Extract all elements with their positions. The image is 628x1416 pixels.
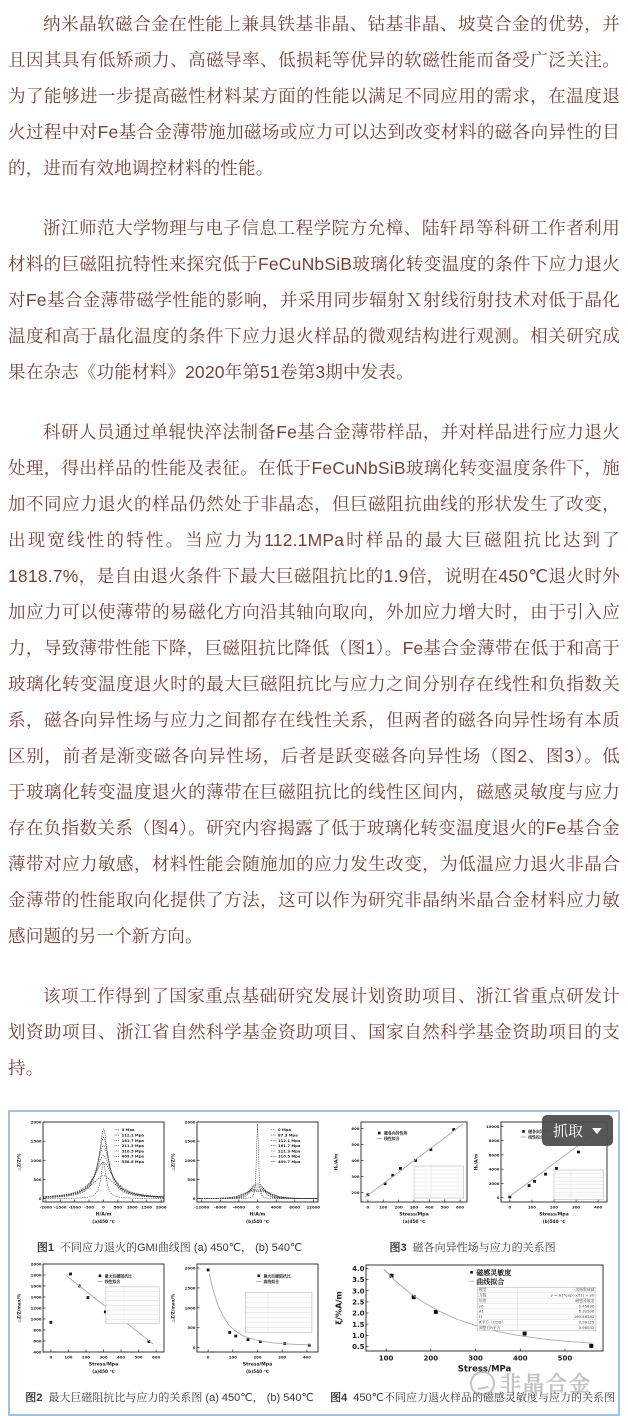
svg-text:2000: 2000 bbox=[488, 1181, 499, 1186]
svg-text:2000: 2000 bbox=[30, 1261, 41, 1266]
svg-text:400: 400 bbox=[117, 1355, 125, 1360]
svg-text:-1500: -1500 bbox=[54, 1205, 67, 1210]
chart-fig2a-maxgmi-450: 0100200300400500600400600800100012001400… bbox=[17, 1259, 169, 1390]
figure-3-caption: 图3磁各向异性场与应力的关系图 bbox=[330, 1241, 615, 1255]
svg-text:0.99125: 0.99125 bbox=[578, 1319, 594, 1324]
paragraph-research-team: 浙江师范大学物理与电子信息工程学院方允樟、陆轩昂等科研工作者利用材料的巨磁阻抗特… bbox=[8, 210, 620, 390]
figure-4-caption-label: 图4 bbox=[330, 1392, 347, 1404]
caret-down-icon bbox=[592, 1128, 602, 1134]
chart-fig1b-gmi-540: -12000-8000-4000040008000120000500100015… bbox=[171, 1117, 323, 1240]
chart-fig3a-hk-450: 0100200300400500600200300400500600Stress… bbox=[334, 1117, 472, 1240]
svg-text:-12000: -12000 bbox=[194, 1205, 209, 1210]
svg-text:4000: 4000 bbox=[270, 1205, 281, 1210]
svg-text:曲线拟合: 曲线拟合 bbox=[476, 1277, 504, 1286]
figure-3-caption-label: 图3 bbox=[390, 1242, 407, 1254]
svg-text:△Z/Z/max/%: △Z/Z/max/% bbox=[171, 1293, 177, 1322]
svg-text:一次指数衰减: 一次指数衰减 bbox=[571, 1287, 594, 1292]
svg-text:600: 600 bbox=[456, 1205, 464, 1210]
svg-text:310.5 Mpa: 310.5 Mpa bbox=[121, 1148, 144, 1153]
svg-text:最大巨磁阻抗比: 最大巨磁阻抗比 bbox=[262, 1273, 290, 1278]
svg-text:y0: y0 bbox=[478, 1303, 483, 1308]
svg-text:1500: 1500 bbox=[30, 1139, 41, 1144]
svg-text:曲线拟合: 曲线拟合 bbox=[263, 1279, 279, 1284]
chart-fig2b-maxgmi-540: 01002003004000500100015002000Stress/Mpa(… bbox=[171, 1259, 323, 1390]
svg-text:500: 500 bbox=[33, 1177, 41, 1182]
figure-2-caption: 图2最大巨磁阻抗比与应力的关系图 (a) 450℃， (b) 540℃ bbox=[13, 1391, 326, 1405]
svg-text:1600: 1600 bbox=[30, 1283, 41, 1288]
article-page: 纳米晶软磁合金在性能上兼具铁基非晶、钴基非晶、坡莫合金的优势，并且因其具有低矫顽… bbox=[0, 0, 628, 1416]
svg-text:300: 300 bbox=[99, 1355, 107, 1360]
svg-text:200: 200 bbox=[253, 1355, 261, 1360]
figure-4-caption: 图4450℃不同应力退火样品的磁感灵敏度与应力的关系图 bbox=[330, 1391, 615, 1405]
svg-text:-500: -500 bbox=[84, 1205, 94, 1210]
svg-text:2.0: 2.0 bbox=[352, 1310, 365, 1318]
svg-text:0: 0 bbox=[38, 1196, 41, 1201]
svg-text:211.3 Mpa: 211.3 Mpa bbox=[121, 1143, 144, 1148]
svg-text:(b)540 ℃: (b)540 ℃ bbox=[246, 1369, 269, 1375]
svg-text:12000: 12000 bbox=[306, 1205, 320, 1210]
svg-text:y = A1*exp(-x/t1) + y0: y = A1*exp(-x/t1) + y0 bbox=[550, 1293, 594, 1298]
svg-text:200: 200 bbox=[351, 1190, 359, 1195]
svg-text:磁感灵敏度: 磁感灵敏度 bbox=[476, 1268, 511, 1277]
figure-4-caption-text: 450℃不同应力退火样品的磁感灵敏度与应力的关系图 bbox=[353, 1392, 615, 1404]
svg-text:1000: 1000 bbox=[126, 1205, 137, 1210]
svg-text:310.5 Mpa: 310.5 Mpa bbox=[278, 1154, 301, 1159]
svg-text:0: 0 bbox=[206, 1355, 209, 1360]
svg-text:100: 100 bbox=[64, 1355, 72, 1360]
svg-text:500: 500 bbox=[440, 1205, 448, 1210]
svg-text:1.5: 1.5 bbox=[352, 1321, 365, 1329]
svg-text:300: 300 bbox=[410, 1205, 418, 1210]
svg-text:112.1 Mpa: 112.1 Mpa bbox=[278, 1138, 301, 1143]
svg-text:1400: 1400 bbox=[30, 1294, 41, 1299]
svg-text:(b)540 ℃: (b)540 ℃ bbox=[542, 1219, 565, 1225]
svg-text:0.98542: 0.98542 bbox=[578, 1325, 594, 1330]
svg-text:最大巨磁阻抗比: 最大巨磁阻抗比 bbox=[103, 1273, 131, 1278]
svg-text:Hₖ/A/m: Hₖ/A/m bbox=[474, 1153, 480, 1170]
svg-text:6000: 6000 bbox=[488, 1152, 499, 1157]
svg-text:1500: 1500 bbox=[184, 1139, 195, 1144]
svg-text:1000: 1000 bbox=[30, 1316, 41, 1321]
svg-text:Stress/Mpa: Stress/Mpa bbox=[539, 1212, 569, 1218]
svg-text:0: 0 bbox=[102, 1205, 105, 1210]
svg-text:400: 400 bbox=[513, 1355, 528, 1363]
svg-text:600: 600 bbox=[33, 1338, 41, 1343]
svg-text:300: 300 bbox=[351, 1174, 359, 1179]
svg-text:1500: 1500 bbox=[184, 1285, 195, 1290]
svg-text:2000: 2000 bbox=[155, 1205, 166, 1210]
svg-text:1000: 1000 bbox=[184, 1158, 195, 1163]
svg-text:160.46282: 160.46282 bbox=[573, 1314, 594, 1319]
svg-text:(b)540 ℃: (b)540 ℃ bbox=[246, 1219, 269, 1225]
svg-text:2000: 2000 bbox=[184, 1119, 195, 1124]
svg-text:211.3 Mpa: 211.3 Mpa bbox=[278, 1148, 301, 1153]
svg-text:Stress/Mpa: Stress/Mpa bbox=[399, 1212, 429, 1218]
svg-text:300: 300 bbox=[468, 1355, 483, 1363]
svg-text:0: 0 bbox=[508, 1205, 511, 1210]
svg-text:(a)450 ℃: (a)450 ℃ bbox=[402, 1219, 425, 1225]
svg-text:200: 200 bbox=[81, 1355, 89, 1360]
svg-text:△Z/Z/%: △Z/Z/% bbox=[17, 1153, 23, 1171]
svg-text:线性拟合: 线性拟合 bbox=[383, 1136, 400, 1141]
svg-text:500: 500 bbox=[557, 1355, 572, 1363]
svg-text:500: 500 bbox=[113, 1205, 121, 1210]
svg-text:500: 500 bbox=[134, 1355, 142, 1360]
svg-text:200: 200 bbox=[423, 1355, 438, 1363]
svg-text:0.45836: 0.45836 bbox=[578, 1303, 594, 1308]
svg-text:△Z/Z/%: △Z/Z/% bbox=[171, 1153, 177, 1171]
svg-text:线性拟合: 线性拟合 bbox=[527, 1134, 544, 1139]
figure-1-caption-text: 不同应力退火的GMI曲线图 (a) 450℃， (b) 540℃ bbox=[60, 1242, 302, 1254]
paragraph-funding: 该项工作得到了国家重点基础研究发展计划资助项目、浙江省重点研发计划资助项目、浙江… bbox=[8, 978, 620, 1086]
svg-text:A1: A1 bbox=[478, 1309, 484, 1314]
svg-text:87.3 Mpa: 87.3 Mpa bbox=[278, 1133, 298, 1138]
figure-2-caption-text: 最大巨磁阻抗比与应力的关系图 (a) 450℃， (b) 540℃ bbox=[48, 1392, 314, 1404]
figure-1-charts: -2000-1500-1000-500050010001500200005001… bbox=[13, 1117, 326, 1240]
svg-text:模型: 模型 bbox=[478, 1287, 486, 1292]
figure-1: -2000-1500-1000-500050010001500200005001… bbox=[13, 1117, 326, 1255]
grab-button-label: 抓取 bbox=[553, 1120, 583, 1141]
svg-text:ξ/%A/m: ξ/%A/m bbox=[335, 1291, 343, 1325]
svg-text:161.7 Mpa: 161.7 Mpa bbox=[121, 1138, 144, 1143]
svg-text:方程: 方程 bbox=[478, 1293, 486, 1298]
svg-text:100: 100 bbox=[378, 1355, 393, 1363]
svg-text:0: 0 bbox=[366, 1205, 369, 1210]
svg-text:400: 400 bbox=[425, 1205, 433, 1210]
svg-text:-4000: -4000 bbox=[232, 1205, 245, 1210]
figure-4-charts: 1002003004005000.51.01.52.02.53.03.54.0S… bbox=[330, 1259, 615, 1390]
figure-column-left: -2000-1500-1000-500050010001500200005001… bbox=[13, 1117, 326, 1409]
figure-3-caption-text: 磁各向异性场与应力的关系图 bbox=[413, 1242, 556, 1254]
svg-text:0.5: 0.5 bbox=[352, 1343, 365, 1351]
svg-text:6.32508: 6.32508 bbox=[578, 1309, 594, 1314]
svg-text:4000: 4000 bbox=[488, 1167, 499, 1172]
svg-text:800: 800 bbox=[33, 1327, 41, 1332]
svg-text:600: 600 bbox=[152, 1355, 160, 1360]
svg-text:300: 300 bbox=[572, 1205, 580, 1210]
svg-text:0 Mpa: 0 Mpa bbox=[278, 1127, 291, 1132]
figure-column-right: 0100200300400500600200300400500600Stress… bbox=[330, 1117, 615, 1409]
svg-text:0: 0 bbox=[192, 1196, 195, 1201]
svg-text:磁感灵敏度: 磁感灵敏度 bbox=[575, 1298, 594, 1303]
svg-text:△Z/Z/max/%: △Z/Z/max/% bbox=[17, 1293, 23, 1322]
grab-dropdown-button[interactable]: 抓取 bbox=[542, 1115, 613, 1146]
svg-text:200: 200 bbox=[550, 1205, 558, 1210]
svg-text:0 Mpa: 0 Mpa bbox=[121, 1127, 134, 1132]
svg-text:500: 500 bbox=[187, 1325, 195, 1330]
svg-text:500: 500 bbox=[187, 1177, 195, 1182]
svg-text:Hₖ/A/m: Hₖ/A/m bbox=[334, 1153, 340, 1170]
article-body: 纳米晶软磁合金在性能上兼具铁基非晶、钴基非晶、坡莫合金的优势，并且因其具有低矫顽… bbox=[8, 6, 620, 1086]
figure-panel: -2000-1500-1000-500050010001500200005001… bbox=[8, 1110, 620, 1416]
svg-text:Stress/Mpa: Stress/Mpa bbox=[242, 1362, 272, 1368]
figure-2: 0100200300400500600400600800100012001400… bbox=[13, 1259, 326, 1405]
figure-2-caption-label: 图2 bbox=[25, 1392, 42, 1404]
svg-text:8000: 8000 bbox=[289, 1205, 300, 1210]
svg-text:1000: 1000 bbox=[184, 1305, 195, 1310]
svg-text:2000: 2000 bbox=[184, 1265, 195, 1270]
svg-text:400: 400 bbox=[33, 1349, 41, 1354]
figure-2-charts: 0100200300400500600400600800100012001400… bbox=[13, 1259, 326, 1390]
figure-1-caption: 图1不同应力退火的GMI曲线图 (a) 450℃， (b) 540℃ bbox=[13, 1241, 326, 1255]
svg-text:500: 500 bbox=[351, 1142, 359, 1147]
svg-text:300: 300 bbox=[278, 1355, 286, 1360]
svg-text:100: 100 bbox=[379, 1205, 387, 1210]
svg-text:2.5: 2.5 bbox=[352, 1299, 365, 1307]
svg-text:0: 0 bbox=[49, 1355, 52, 1360]
svg-text:4.0: 4.0 bbox=[352, 1265, 365, 1273]
svg-text:磁各向异性场: 磁各向异性场 bbox=[384, 1130, 407, 1135]
svg-text:400: 400 bbox=[302, 1355, 310, 1360]
svg-text:200: 200 bbox=[394, 1205, 402, 1210]
svg-text:0: 0 bbox=[192, 1345, 195, 1350]
svg-text:1200: 1200 bbox=[30, 1305, 41, 1310]
svg-text:(a)450 ℃: (a)450 ℃ bbox=[92, 1219, 115, 1225]
svg-text:Stress/Mpa: Stress/Mpa bbox=[88, 1362, 118, 1368]
svg-text:161.7 Mpa: 161.7 Mpa bbox=[278, 1143, 301, 1148]
svg-text:-1000: -1000 bbox=[68, 1205, 81, 1210]
svg-text:3.5: 3.5 bbox=[352, 1276, 365, 1284]
svg-text:409.7 Mpa: 409.7 Mpa bbox=[121, 1154, 144, 1159]
svg-text:t1: t1 bbox=[478, 1314, 482, 1319]
svg-text:Stress/MPa: Stress/MPa bbox=[457, 1365, 511, 1375]
svg-text:8000: 8000 bbox=[488, 1138, 499, 1143]
chart-fig4-sensitivity-450: 1002003004005000.51.01.52.02.53.03.54.0S… bbox=[335, 1259, 611, 1390]
svg-text:100: 100 bbox=[228, 1355, 236, 1360]
chart-fig1a-gmi-450: -2000-1500-1000-500050010001500200005001… bbox=[17, 1117, 169, 1240]
svg-text:400: 400 bbox=[594, 1205, 602, 1210]
svg-text:1000: 1000 bbox=[30, 1158, 41, 1163]
svg-text:409.7 Mpa: 409.7 Mpa bbox=[278, 1159, 301, 1164]
svg-text:-2000: -2000 bbox=[39, 1205, 52, 1210]
svg-text:112.1 Mpa: 112.1 Mpa bbox=[121, 1133, 144, 1138]
svg-text:400: 400 bbox=[351, 1158, 359, 1163]
figure-1-caption-label: 图1 bbox=[37, 1242, 54, 1254]
paragraph-intro: 纳米晶软磁合金在性能上兼具铁基非晶、钴基非晶、坡莫合金的优势，并且因其具有低矫顽… bbox=[8, 6, 620, 186]
svg-text:H/A/m: H/A/m bbox=[249, 1212, 265, 1218]
svg-text:558.8 Mpa: 558.8 Mpa bbox=[121, 1159, 144, 1164]
svg-text:600: 600 bbox=[351, 1126, 359, 1131]
svg-text:绘图: 绘图 bbox=[478, 1298, 486, 1303]
paragraph-results: 科研人员通过单辊快淬法制备Fe基合金薄带样品，并对样品进行应力退火处理，得出样品… bbox=[8, 414, 620, 954]
svg-text:0: 0 bbox=[496, 1195, 499, 1200]
svg-text:调整后R平方: 调整后R平方 bbox=[478, 1325, 500, 1330]
svg-text:-8000: -8000 bbox=[214, 1205, 227, 1210]
svg-text:2000: 2000 bbox=[30, 1119, 41, 1124]
svg-text:100: 100 bbox=[527, 1205, 535, 1210]
figure-4: 1002003004005000.51.01.52.02.53.03.54.0S… bbox=[330, 1259, 615, 1405]
svg-text:1800: 1800 bbox=[30, 1272, 41, 1277]
svg-text:R平方（COD）: R平方（COD） bbox=[478, 1319, 504, 1324]
svg-text:H/A/m: H/A/m bbox=[95, 1212, 111, 1218]
svg-text:(a)450 ℃: (a)450 ℃ bbox=[92, 1369, 115, 1375]
svg-text:1.0: 1.0 bbox=[352, 1332, 365, 1340]
svg-text:1500: 1500 bbox=[141, 1205, 152, 1210]
svg-text:线性拟合: 线性拟合 bbox=[103, 1279, 120, 1284]
svg-text:10000: 10000 bbox=[486, 1124, 500, 1129]
svg-text:0: 0 bbox=[256, 1205, 259, 1210]
svg-text:3.0: 3.0 bbox=[352, 1287, 365, 1295]
